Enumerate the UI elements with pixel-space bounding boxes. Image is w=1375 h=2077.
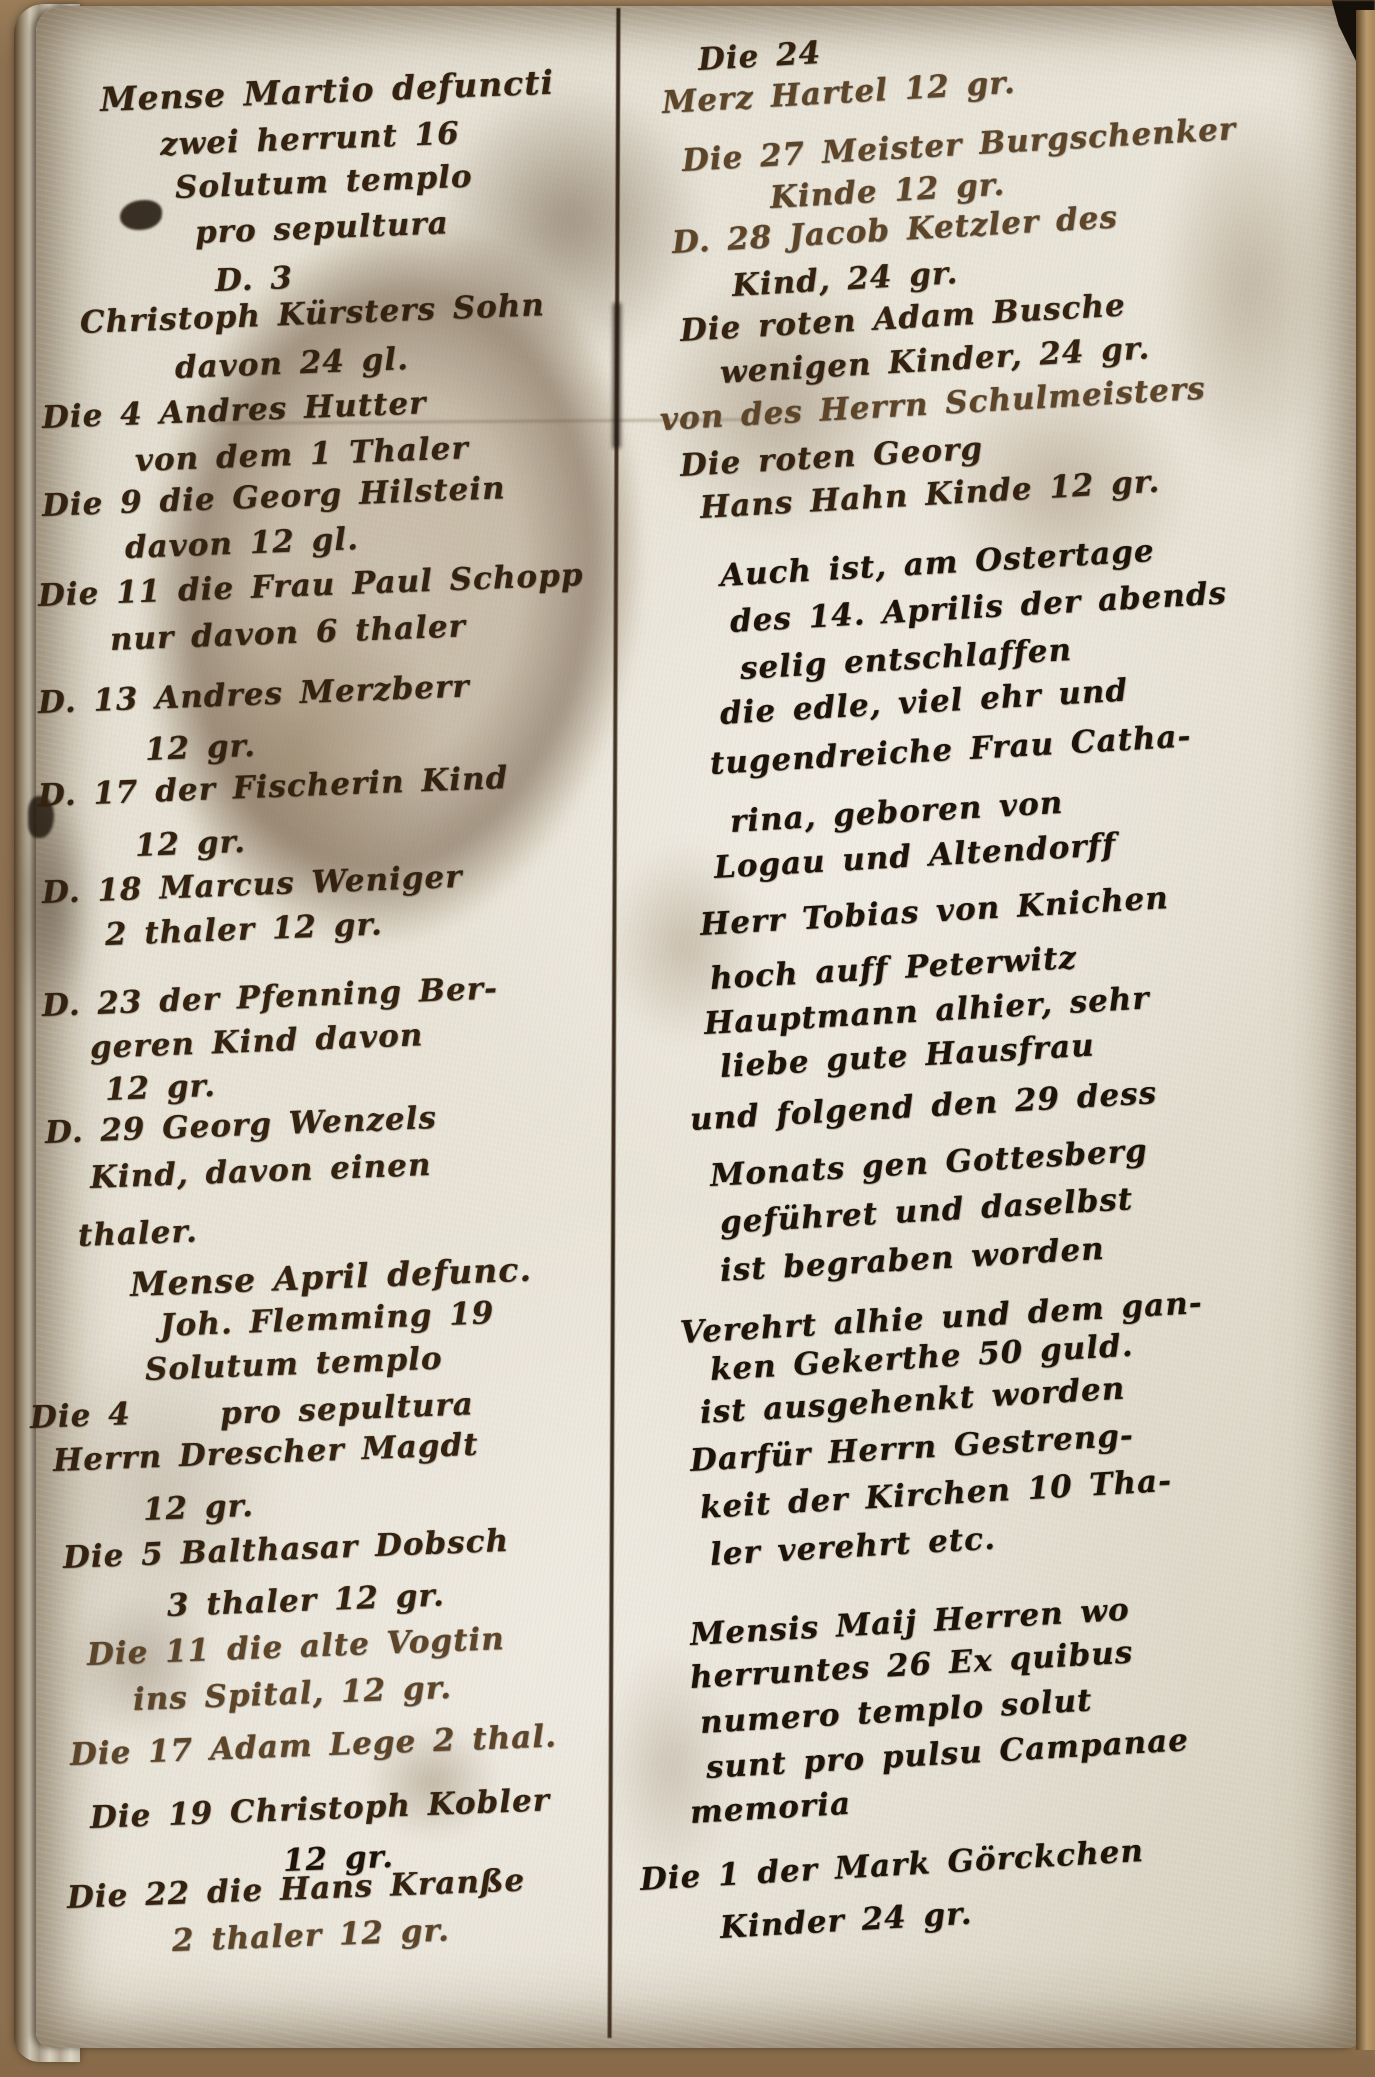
manuscript-line: ist begraben worden (719, 1231, 1106, 1289)
manuscript-line: memoria (689, 1786, 852, 1831)
manuscript-line: Die 1 der Mark Görckchen (639, 1833, 1145, 1898)
manuscript-photo: Mense Martio defunctizwei herrunt 16Solu… (0, 0, 1375, 2077)
manuscript-line: Kinder 24 gr. (719, 1895, 973, 1945)
manuscript-line: ler verehrt etc. (709, 1521, 997, 1573)
manuscript-line: und folgend den 29 dess (689, 1075, 1158, 1138)
right-column: Die 24Merz Hartel 12 gr.Die 27 Meister B… (0, 0, 1375, 2077)
manuscript-line: Herr Tobias von Knichen (699, 880, 1170, 943)
manuscript-line: Kind, 24 gr. (731, 255, 959, 304)
manuscript-line: Die 24 (697, 35, 822, 78)
